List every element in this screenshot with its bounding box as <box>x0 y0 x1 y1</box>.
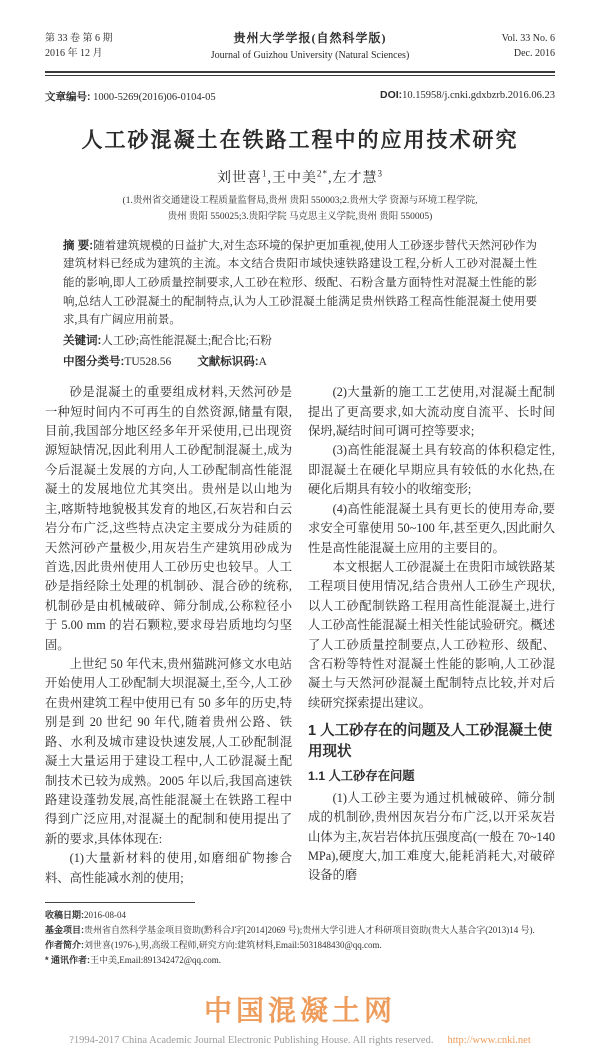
affiliations: (1.贵州省交通建设工程质量监督局,贵州 贵阳 550003;2.贵州大学 资源… <box>45 194 555 224</box>
issue-line-cn: 第 33 卷 第 6 期 <box>45 32 155 47</box>
abstract-label: 摘 要: <box>63 240 93 252</box>
paragraph: 砂是混凝土的重要组成材料,天然河砂是一种短时间内不可再生的自然资源,储量有限,目… <box>45 383 292 655</box>
doi-value: 10.15958/j.cnki.gdxbzrb.2016.06.23 <box>402 90 555 101</box>
authors-line: 刘世喜1,王中美2*,左才慧3 <box>45 167 555 187</box>
paragraph: (1)人工砂主要为通过机械破碎、筛分制成的机制砂,贵州因灰岩分布广泛,以开采灰岩… <box>308 789 555 886</box>
site-watermark: 中国混凝土网 <box>45 989 555 1029</box>
classification-row: 中图分类号:TU528.56文献标识码:A <box>63 353 537 372</box>
clc-label: 中图分类号: <box>63 356 124 368</box>
date-line-cn: 2016 年 12 月 <box>45 47 155 62</box>
journal-header: 第 33 卷 第 6 期 2016 年 12 月 贵州大学学报(自然科学版) J… <box>45 30 555 64</box>
cnki-footer: ?1994-2017 China Academic Journal Electr… <box>45 1035 555 1046</box>
keywords-label: 关键词: <box>63 335 101 347</box>
corresponding-author: * 通讯作者:王中美,Email:891342472@qq.com. <box>45 953 555 968</box>
meta-row: 文章编号: 1000-5269(2016)06-0104-05 DOI:10.1… <box>45 89 555 104</box>
footnote-divider <box>45 902 195 903</box>
journal-page: 第 33 卷 第 6 期 2016 年 12 月 贵州大学学报(自然科学版) J… <box>0 0 600 1056</box>
abstract-block: 摘 要:随着建筑规模的日益扩大,对生态环境的保护更加重视,使用人工砂逐步替代天然… <box>63 237 537 371</box>
doi: DOI:10.15958/j.cnki.gdxbzrb.2016.06.23 <box>380 89 555 104</box>
paragraph: (3)高性能混凝土具有较高的体积稳定性,即混凝土在硬化早期应具有较低的水化热,在… <box>308 441 555 499</box>
header-divider <box>45 71 555 77</box>
author-2: 王中美2* <box>272 171 328 186</box>
keywords-text: 人工砂;高性能混凝土;配合比;石粉 <box>101 335 272 347</box>
keywords: 关键词:人工砂;高性能混凝土;配合比;石粉 <box>63 332 537 351</box>
abstract-text: 随着建筑规模的日益扩大,对生态环境的保护更加重视,使用人工砂逐步替代天然河砂作为… <box>63 240 537 327</box>
author-bio: 作者简介:刘世喜(1976-),男,高级工程师,研究方向:建筑材料,Email:… <box>45 938 555 953</box>
paragraph: 上世纪 50 年代末,贵州猫跳河修文水电站开始使用人工砂配制大坝混凝土,至今,人… <box>45 655 292 849</box>
footnotes-block: 收稿日期:2016-08-04 基金项目:贵州省自然科学基金项目资助(黔科合J字… <box>45 908 555 967</box>
paragraph: (2)大量新的施工工艺使用,对混凝土配制提出了更高要求,如大流动度自流平、长时间… <box>308 383 555 441</box>
paragraph: (1)大量新材料的使用,如磨细矿物掺合料、高性能减水剂的使用; <box>45 849 292 888</box>
article-number: 文章编号: 1000-5269(2016)06-0104-05 <box>45 89 216 104</box>
cnki-url: http://www.cnki.net <box>447 1035 530 1046</box>
journal-title-cn: 贵州大学学报(自然科学版) <box>155 30 465 47</box>
left-column: 砂是混凝土的重要组成材料,天然河砂是一种短时间内不可再生的自然资源,储量有限,目… <box>45 383 292 888</box>
date-line-en: Dec. 2016 <box>465 47 555 62</box>
paragraph: 本文根据人工砂混凝土在贵阳市域铁路某工程项目使用情况,结合贵州人工砂生产现状,以… <box>308 558 555 713</box>
section-1-heading: 1 人工砂存在的问题及人工砂混凝土使用现状 <box>308 721 555 763</box>
clc-value: TU528.56 <box>124 356 171 368</box>
abstract: 摘 要:随着建筑规模的日益扩大,对生态环境的保护更加重视,使用人工砂逐步替代天然… <box>63 237 537 330</box>
article-number-value: 1000-5269(2016)06-0104-05 <box>93 92 215 103</box>
paragraph: (4)高性能混凝土具有更长的使用寿命,要求安全可靠使用 50~100 年,甚至更… <box>308 500 555 558</box>
affiliation-line-2: 贵州 贵阳 550025;3.贵阳学院 马克思主义学院,贵州 贵阳 550005… <box>45 210 555 225</box>
doi-label: DOI: <box>380 89 402 101</box>
article-title: 人工砂混凝土在铁路工程中的应用技术研究 <box>45 124 555 154</box>
article-number-label: 文章编号: <box>45 91 91 103</box>
volume-info: Vol. 33 No. 6 Dec. 2016 <box>465 32 555 61</box>
received-date: 收稿日期:2016-08-04 <box>45 908 555 923</box>
fund-project: 基金项目:贵州省自然科学基金项目资助(黔科合J字[2014]2069 号);贵州… <box>45 923 555 938</box>
section-1-1-heading: 1.1 人工砂存在问题 <box>308 767 555 786</box>
body-columns: 砂是混凝土的重要组成材料,天然河砂是一种短时间内不可再生的自然资源,储量有限,目… <box>45 383 555 888</box>
author-3: 左才慧3 <box>333 171 384 186</box>
copyright-text: ?1994-2017 China Academic Journal Electr… <box>69 1035 433 1046</box>
doc-code-label: 文献标识码: <box>197 356 258 368</box>
journal-title-en: Journal of Guizhou University (Natural S… <box>155 49 465 64</box>
journal-title-block: 贵州大学学报(自然科学版) Journal of Guizhou Univers… <box>155 30 465 64</box>
volume-line-en: Vol. 33 No. 6 <box>465 32 555 47</box>
affiliation-line-1: (1.贵州省交通建设工程质量监督局,贵州 贵阳 550003;2.贵州大学 资源… <box>45 194 555 209</box>
issue-info: 第 33 卷 第 6 期 2016 年 12 月 <box>45 32 155 61</box>
right-column: (2)大量新的施工工艺使用,对混凝土配制提出了更高要求,如大流动度自流平、长时间… <box>308 383 555 888</box>
author-1: 刘世喜1 <box>217 171 268 186</box>
doc-code-value: A <box>259 356 267 368</box>
